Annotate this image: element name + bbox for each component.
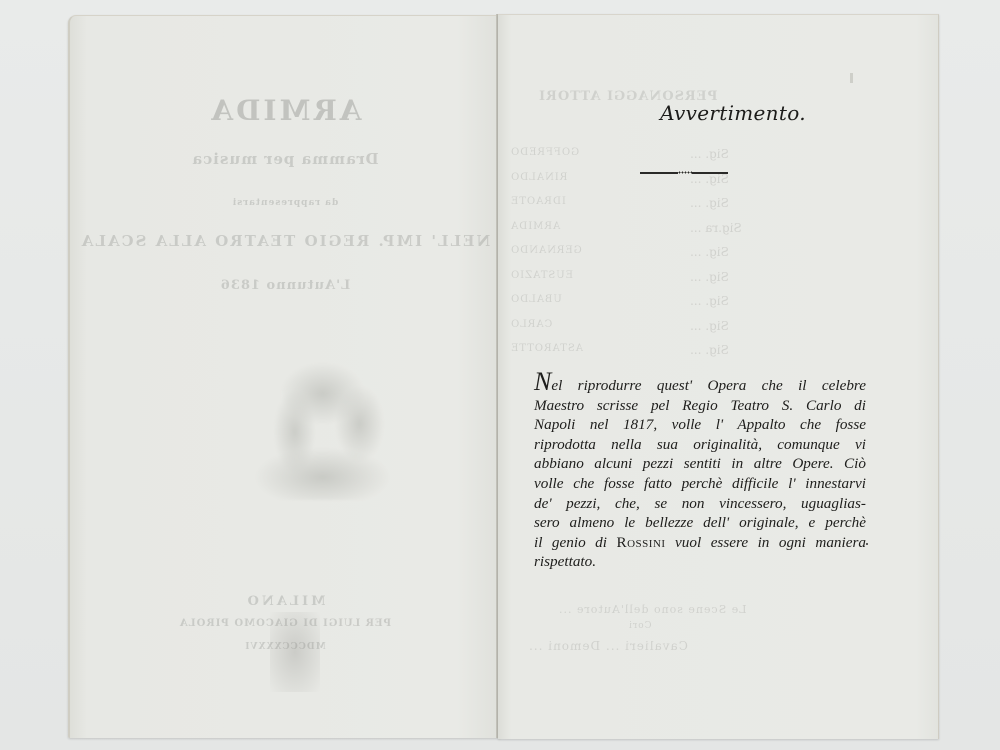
page-mark [850, 73, 853, 83]
ornamental-rule [640, 172, 728, 174]
ghost-cast-row: IDRAOTESig. ... [510, 196, 860, 221]
ghost-small-line: da rappresentarsi [70, 198, 500, 208]
drop-cap: N [534, 367, 551, 396]
ghost-venue: NELL' IMP. REGIO TEATRO ALLA SCALA [70, 232, 500, 250]
text-line: Nel riprodurre quest' Opera che il celeb… [534, 375, 866, 396]
ghost-cast-row: GERNANDOSig. ... [510, 245, 860, 270]
text-line: riprodotta nella sua originalità, comunq… [534, 435, 866, 455]
ghost-printer: PER LUIGI DI GIACOMO PIROLA [70, 618, 500, 629]
ghost-footer-line: Cori [628, 621, 652, 631]
ghost-cast-list: GOFFREDOSig. ... RINALDOSig. ... IDRAOTE… [510, 147, 860, 368]
text-line: Maestro scrisse pel Regio Teatro S. Carl… [534, 396, 866, 416]
page-heading: Avvertimento. [608, 101, 858, 125]
right-page: PERSONAGGI ATTORI GOFFREDOSig. ... RINAL… [498, 14, 939, 739]
ghost-cast-row: ASTAROTTESig. ... [510, 343, 860, 368]
ghost-city: MILANO [70, 594, 500, 609]
text-line: rispettato. [534, 552, 866, 572]
ghost-vignette-illustration [230, 348, 415, 500]
ghost-title: ARMIDA [70, 94, 500, 127]
ghost-footer-line: Cavalieri ... Demoni ... [528, 639, 688, 653]
ghost-cast-row: EUSTAZIOSig. ... [510, 270, 860, 295]
ink-speck [866, 543, 868, 545]
ghost-date: L'Autunno 1836 [70, 278, 500, 293]
notice-body: Nel riprodurre quest' Opera che il celeb… [534, 375, 866, 572]
ghost-cast-row: ARMIDASig.ra ... [510, 221, 860, 246]
left-page: ARMIDA Dramma per musica da rappresentar… [68, 15, 500, 738]
text-line: abbiano alcuni pezzi sentiti in altre Op… [534, 454, 866, 474]
text-line: Napoli nel 1817, volle l' Appalto che fo… [534, 415, 866, 435]
ghost-year: MDCCCXXXVI [70, 642, 500, 652]
text-line: sero almeno le bellezze dell' originale,… [534, 513, 866, 533]
ghost-cast-row: CARLOSig. ... [510, 319, 860, 344]
text-line: volle che fosse fatto perchè difficile l… [534, 474, 866, 494]
ghost-subtitle: Dramma per musica [70, 150, 500, 168]
composer-name: Rossini [616, 534, 665, 551]
text-line: il genio di Rossini vuol essere in ogni … [534, 533, 866, 553]
text-line: de' pezzi, che, se non vincessero, uguag… [534, 494, 866, 514]
ghost-cast-row: GOFFREDOSig. ... [510, 147, 860, 172]
ghost-cast-row: UBALDOSig. ... [510, 294, 860, 319]
ghost-footer-line: Le Scene sono dell'Autore ... [558, 603, 747, 616]
ghost-cast-row: RINALDOSig. ... [510, 172, 860, 197]
